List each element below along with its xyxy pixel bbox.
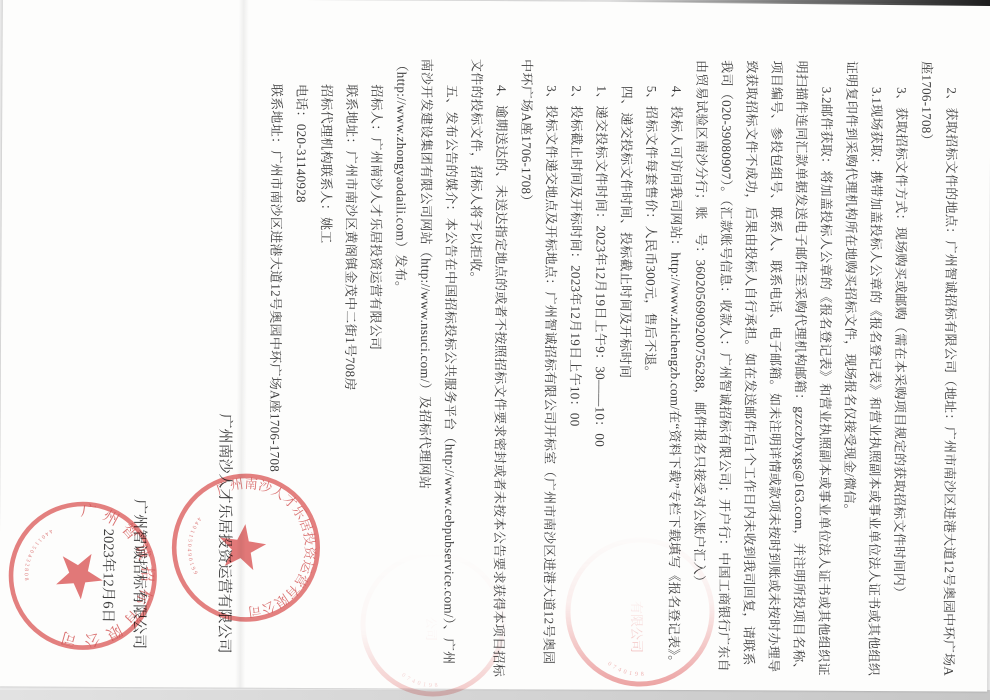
- document-line: 3、获取招标文件方式：现场购买或邮购（需在本采购项目规定的获取招标文件时间内）: [886, 61, 914, 671]
- document-line: 2、获取招标文件的地点：广州智诚招标有限公司（地址：广州市南沙区进港大道12号奥…: [936, 61, 964, 671]
- seal-fragment-text: 公司: [424, 617, 438, 641]
- svg-text:4401150490199: 4401150490199: [180, 515, 212, 578]
- document-line: 3.1现场获取：携带加盖投标人公章的《报名登记表》和营业执照副本或事业单位法人证…: [861, 61, 889, 671]
- document-line: 座1706-1708）: [911, 61, 939, 671]
- document-line: 3.2邮件获取：将加盖投标人公章的《报名登记表》和营业执照副本或事业单位法人证书…: [811, 61, 839, 671]
- document-line: 证明复印件到采购代理机构所在地购买招标文件，现场报名仅接受现金/微信。: [836, 61, 864, 671]
- document-line: 项目编号、参投包组号、联系人、联系电话、电子邮箱。如未注明详情或款项未按时到账或…: [761, 60, 789, 670]
- svg-text:0740198: 0740198: [606, 661, 647, 678]
- document-line: 致获取招标文件不成功，后果由投标人自行承担。如在发送邮件后1个工作日内未收到我司…: [736, 60, 764, 670]
- seal-serial-text: 0740198: [606, 661, 647, 678]
- star-icon: [54, 548, 108, 604]
- star-icon: [218, 521, 270, 575]
- document-line: 明扫描件连同汇款单据发送电子邮件至采购代理机构邮箱：gzzczbyxgs@163…: [786, 61, 814, 671]
- seal-fragment-text: 有限公司: [629, 601, 644, 653]
- cross-page-seal: 有限公司 0740198: [553, 526, 727, 700]
- cross-page-seal: 公司 0740198: [348, 546, 518, 700]
- seal-serial-text: 4401150490199: [180, 515, 212, 578]
- scanned-tender-document: 2、获取招标文件的地点：广州智诚招标有限公司（地址：广州市南沙区进港大道12号奥…: [0, 0, 990, 700]
- bidder-company-seal: 广州南沙人才乐居投资运营有限公司 4401150490199: [151, 453, 340, 642]
